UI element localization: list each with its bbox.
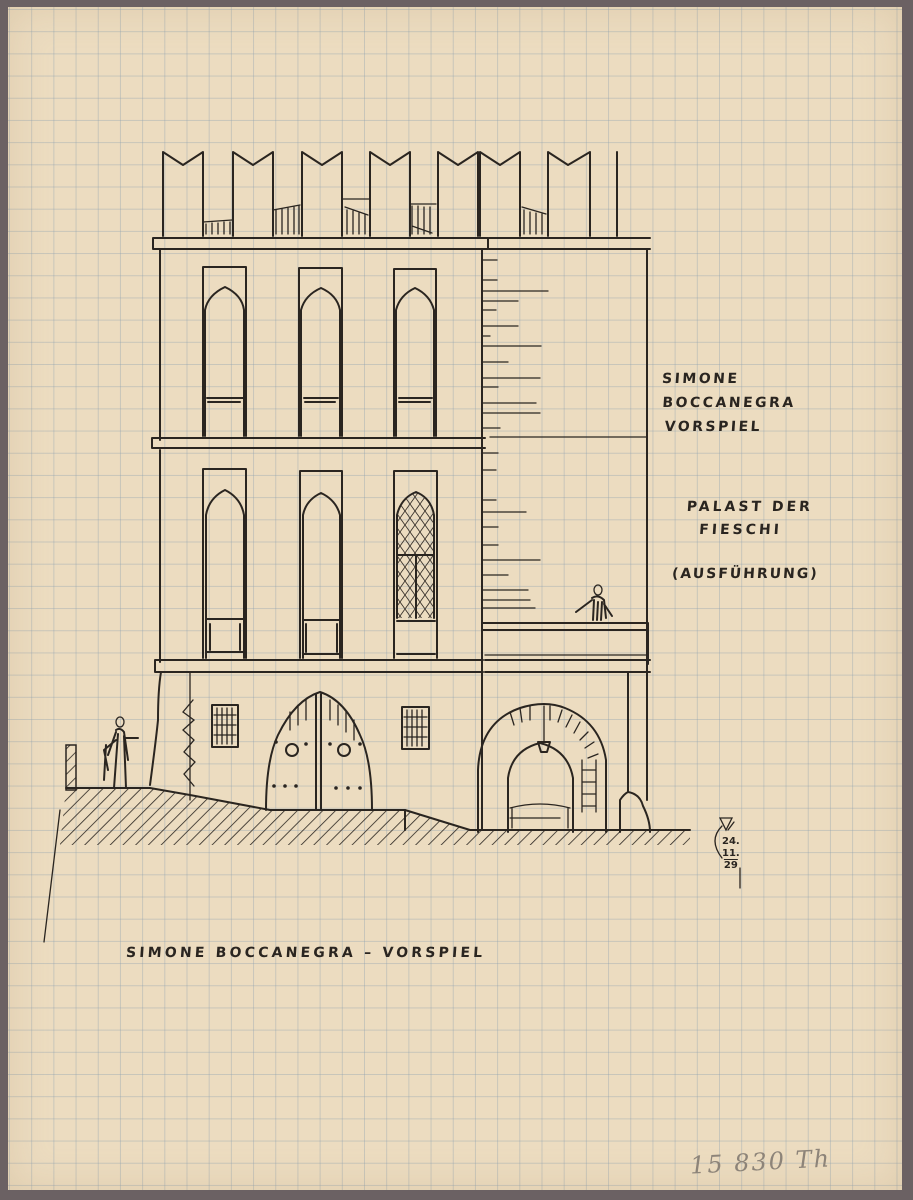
title-annotation: SIMONE BOCCANEGRA VORSPIEL [657, 372, 797, 444]
date-year: 29 [722, 860, 740, 872]
date-day: 24. [722, 836, 740, 848]
standing-figure-with-cape [104, 717, 138, 788]
middle-gothic-windows [203, 469, 437, 658]
execution-annotation: (AUSFÜHRUNG) [672, 567, 820, 581]
palace-elevation-drawing [0, 0, 913, 1200]
sketch-caption: SIMONE BOCCANEGRA – VORSPIEL [126, 946, 486, 960]
scene-line-fieschi: FIESCHI [699, 523, 812, 537]
signature-date: 24. 11. 29 [722, 836, 740, 872]
crenellated-roofline [163, 152, 617, 236]
artwork-mount: SIMONE BOCCANEGRA VORSPIEL PALAST DER FI… [0, 0, 913, 1200]
scene-line-palast: PALAST DER [686, 500, 813, 514]
main-facade [150, 238, 650, 832]
balcony-figure [576, 585, 612, 620]
hatched-sloping-ground [44, 745, 690, 942]
upper-gothic-windows [203, 267, 436, 436]
title-line-simone: SIMONE [662, 372, 798, 386]
title-line-vorspiel: VORSPIEL [664, 420, 794, 434]
date-month: 11. [722, 848, 740, 860]
title-line-boccanegra: BOCCANEGRA [662, 396, 796, 410]
scene-annotation: PALAST DER FIESCHI [685, 500, 814, 537]
pointed-arch-door [266, 692, 372, 810]
round-arch-gateway [478, 704, 606, 832]
side-tower-shading [482, 260, 648, 664]
latticed-window [394, 471, 437, 658]
